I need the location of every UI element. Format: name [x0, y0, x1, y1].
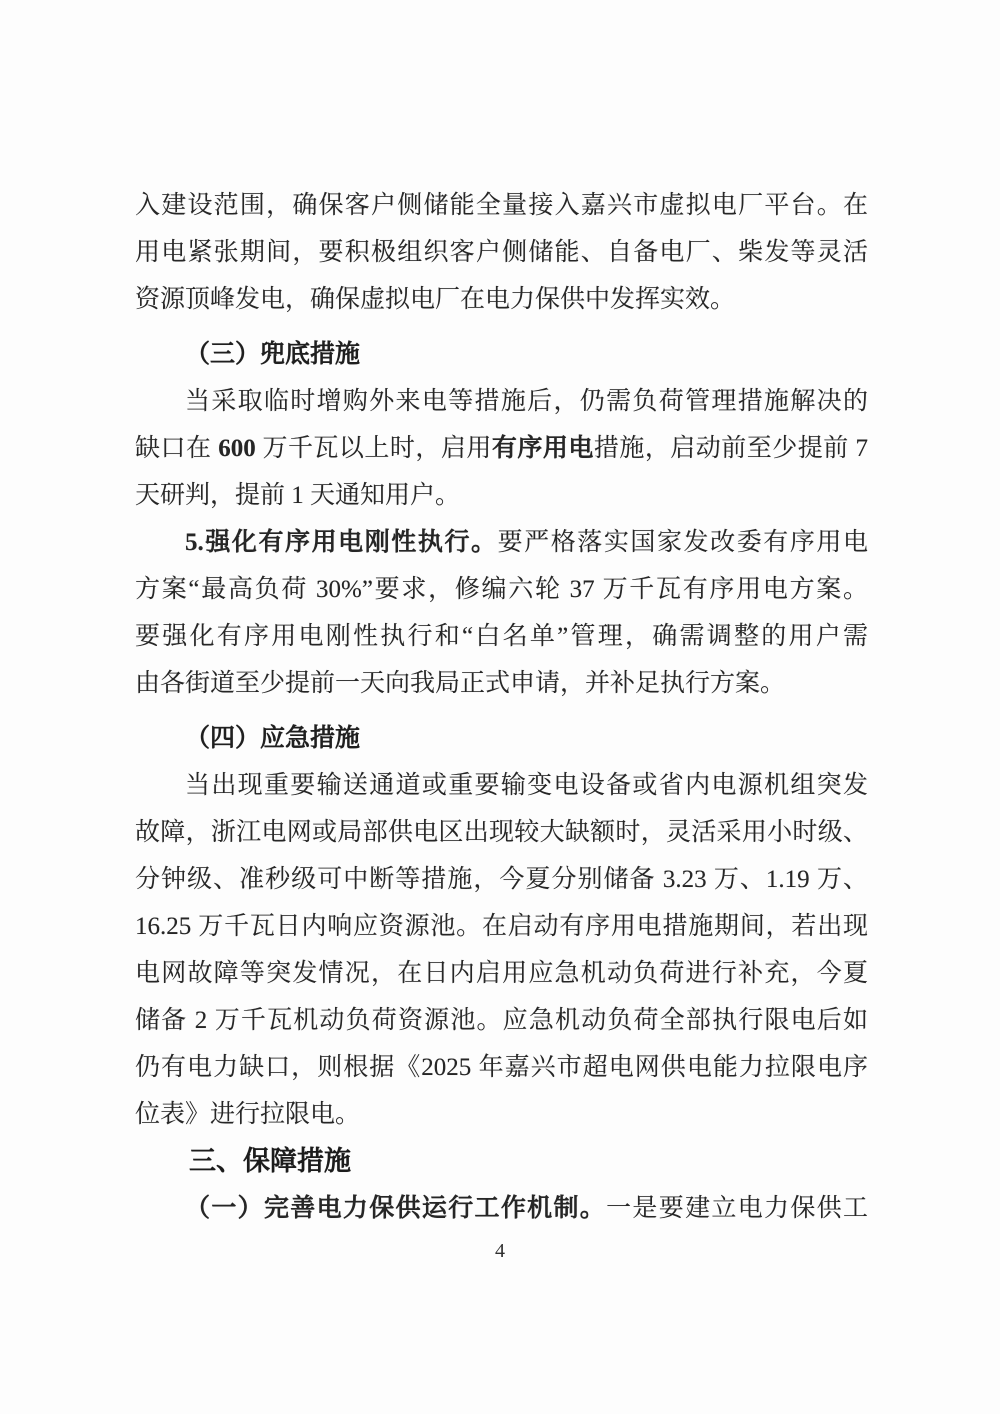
bold-text-segment: （一）完善电力保供运行工作机制。	[185, 1195, 606, 1222]
text-segment: 措施，启动前至少提前 7	[594, 435, 868, 462]
text-line: 位表》进行拉限电。	[135, 1091, 868, 1138]
text-line: 天研判，提前 1 天通知用户。	[135, 472, 868, 519]
text-line: 用电紧张期间，要积极组织客户侧储能、自备电厂、柴发等灵活	[135, 229, 868, 276]
text-segment: 分钟级、准秒级可中断等措施，今夏分别储备 3.23 万、1.19 万、	[135, 866, 868, 893]
text-line: 要强化有序用电刚性执行和“白名单”管理，确需调整的用户需	[135, 613, 868, 660]
heading-line: （四）应急措施	[135, 715, 868, 762]
text-line: 电网故障等突发情况，在日内启用应急机动负荷进行补充，今夏	[135, 950, 868, 997]
heading-line: 三、保障措施	[135, 1138, 868, 1185]
text-line: 方案“最高负荷 30%”要求，修编六轮 37 万千瓦有序用电方案。	[135, 566, 868, 613]
bold-text-segment: 三、保障措施	[189, 1146, 351, 1176]
text-segment: 天研判，提前 1 天通知用户。	[135, 482, 460, 509]
document-page: 入建设范围，确保客户侧储能全量接入嘉兴市虚拟电厂平台。在用电紧张期间，要积极组织…	[0, 0, 1000, 1414]
text-line: 由各街道至少提前一天向我局正式申请，并补足执行方案。	[135, 660, 868, 707]
text-line: 缺口在 600 万千瓦以上时，启用有序用电措施，启动前至少提前 7	[135, 425, 868, 472]
text-line: 故障，浙江电网或局部供电区出现较大缺额时，灵活采用小时级、	[135, 809, 868, 856]
text-segment: 万千瓦以上时，启用	[256, 435, 492, 462]
text-line: 当出现重要输送通道或重要输变电设备或省内电源机组突发	[135, 762, 868, 809]
text-segment: 当出现重要输送通道或重要输变电设备或省内电源机组突发	[185, 772, 868, 799]
text-segment: 位表》进行拉限电。	[135, 1101, 360, 1128]
text-line: 资源顶峰发电，确保虚拟电厂在电力保供中发挥实效。	[135, 276, 868, 323]
text-segment: 要强化有序用电刚性执行和“白名单”管理，确需调整的用户需	[135, 623, 868, 650]
text-line: 当采取临时增购外来电等措施后，仍需负荷管理措施解决的	[135, 378, 868, 425]
text-line: 入建设范围，确保客户侧储能全量接入嘉兴市虚拟电厂平台。在	[135, 182, 868, 229]
text-segment: 方案“最高负荷 30%”要求，修编六轮 37 万千瓦有序用电方案。	[135, 576, 868, 603]
bold-text-segment: （三）兜底措施	[185, 341, 360, 368]
text-segment: 当采取临时增购外来电等措施后，仍需负荷管理措施解决的	[185, 388, 868, 415]
text-segment: 储备 2 万千瓦机动负荷资源池。应急机动负荷全部执行限电后如	[135, 1007, 868, 1034]
text-segment: 入建设范围，确保客户侧储能全量接入嘉兴市虚拟电厂平台。在	[135, 192, 868, 219]
bold-text-segment: 5.强化有序用电刚性执行。	[185, 529, 498, 556]
text-line: 5.强化有序用电刚性执行。要严格落实国家发改委有序用电	[135, 519, 868, 566]
page-number: 4	[0, 1240, 1000, 1263]
text-segment: 由各街道至少提前一天向我局正式申请，并补足执行方案。	[135, 670, 785, 697]
text-line: 储备 2 万千瓦机动负荷资源池。应急机动负荷全部执行限电后如	[135, 997, 868, 1044]
text-line: 分钟级、准秒级可中断等措施，今夏分别储备 3.23 万、1.19 万、	[135, 856, 868, 903]
bold-text-segment: 600	[218, 435, 256, 462]
text-segment: 要严格落实国家发改委有序用电	[498, 529, 868, 556]
text-segment: 16.25 万千瓦日内响应资源池。在启动有序用电措施期间，若出现	[135, 913, 868, 940]
text-segment: 故障，浙江电网或局部供电区出现较大缺额时，灵活采用小时级、	[135, 819, 868, 846]
text-line: 仍有电力缺口，则根据《2025 年嘉兴市超电网供电能力拉限电序	[135, 1044, 868, 1091]
text-segment: 用电紧张期间，要积极组织客户侧储能、自备电厂、柴发等灵活	[135, 239, 868, 266]
text-segment: 一是要建立电力保供工	[606, 1195, 868, 1222]
bold-text-segment: 有序用电	[492, 435, 594, 462]
heading-line: （三）兜底措施	[135, 331, 868, 378]
text-segment: 电网故障等突发情况，在日内启用应急机动负荷进行补充，今夏	[135, 960, 868, 987]
text-segment: 资源顶峰发电，确保虚拟电厂在电力保供中发挥实效。	[135, 286, 735, 313]
document-body: 入建设范围，确保客户侧储能全量接入嘉兴市虚拟电厂平台。在用电紧张期间，要积极组织…	[135, 182, 868, 1232]
text-segment: 缺口在	[135, 435, 218, 462]
bold-text-segment: （四）应急措施	[185, 725, 360, 752]
text-line: 16.25 万千瓦日内响应资源池。在启动有序用电措施期间，若出现	[135, 903, 868, 950]
text-line: （一）完善电力保供运行工作机制。一是要建立电力保供工	[135, 1185, 868, 1232]
text-segment: 仍有电力缺口，则根据《2025 年嘉兴市超电网供电能力拉限电序	[135, 1054, 868, 1081]
